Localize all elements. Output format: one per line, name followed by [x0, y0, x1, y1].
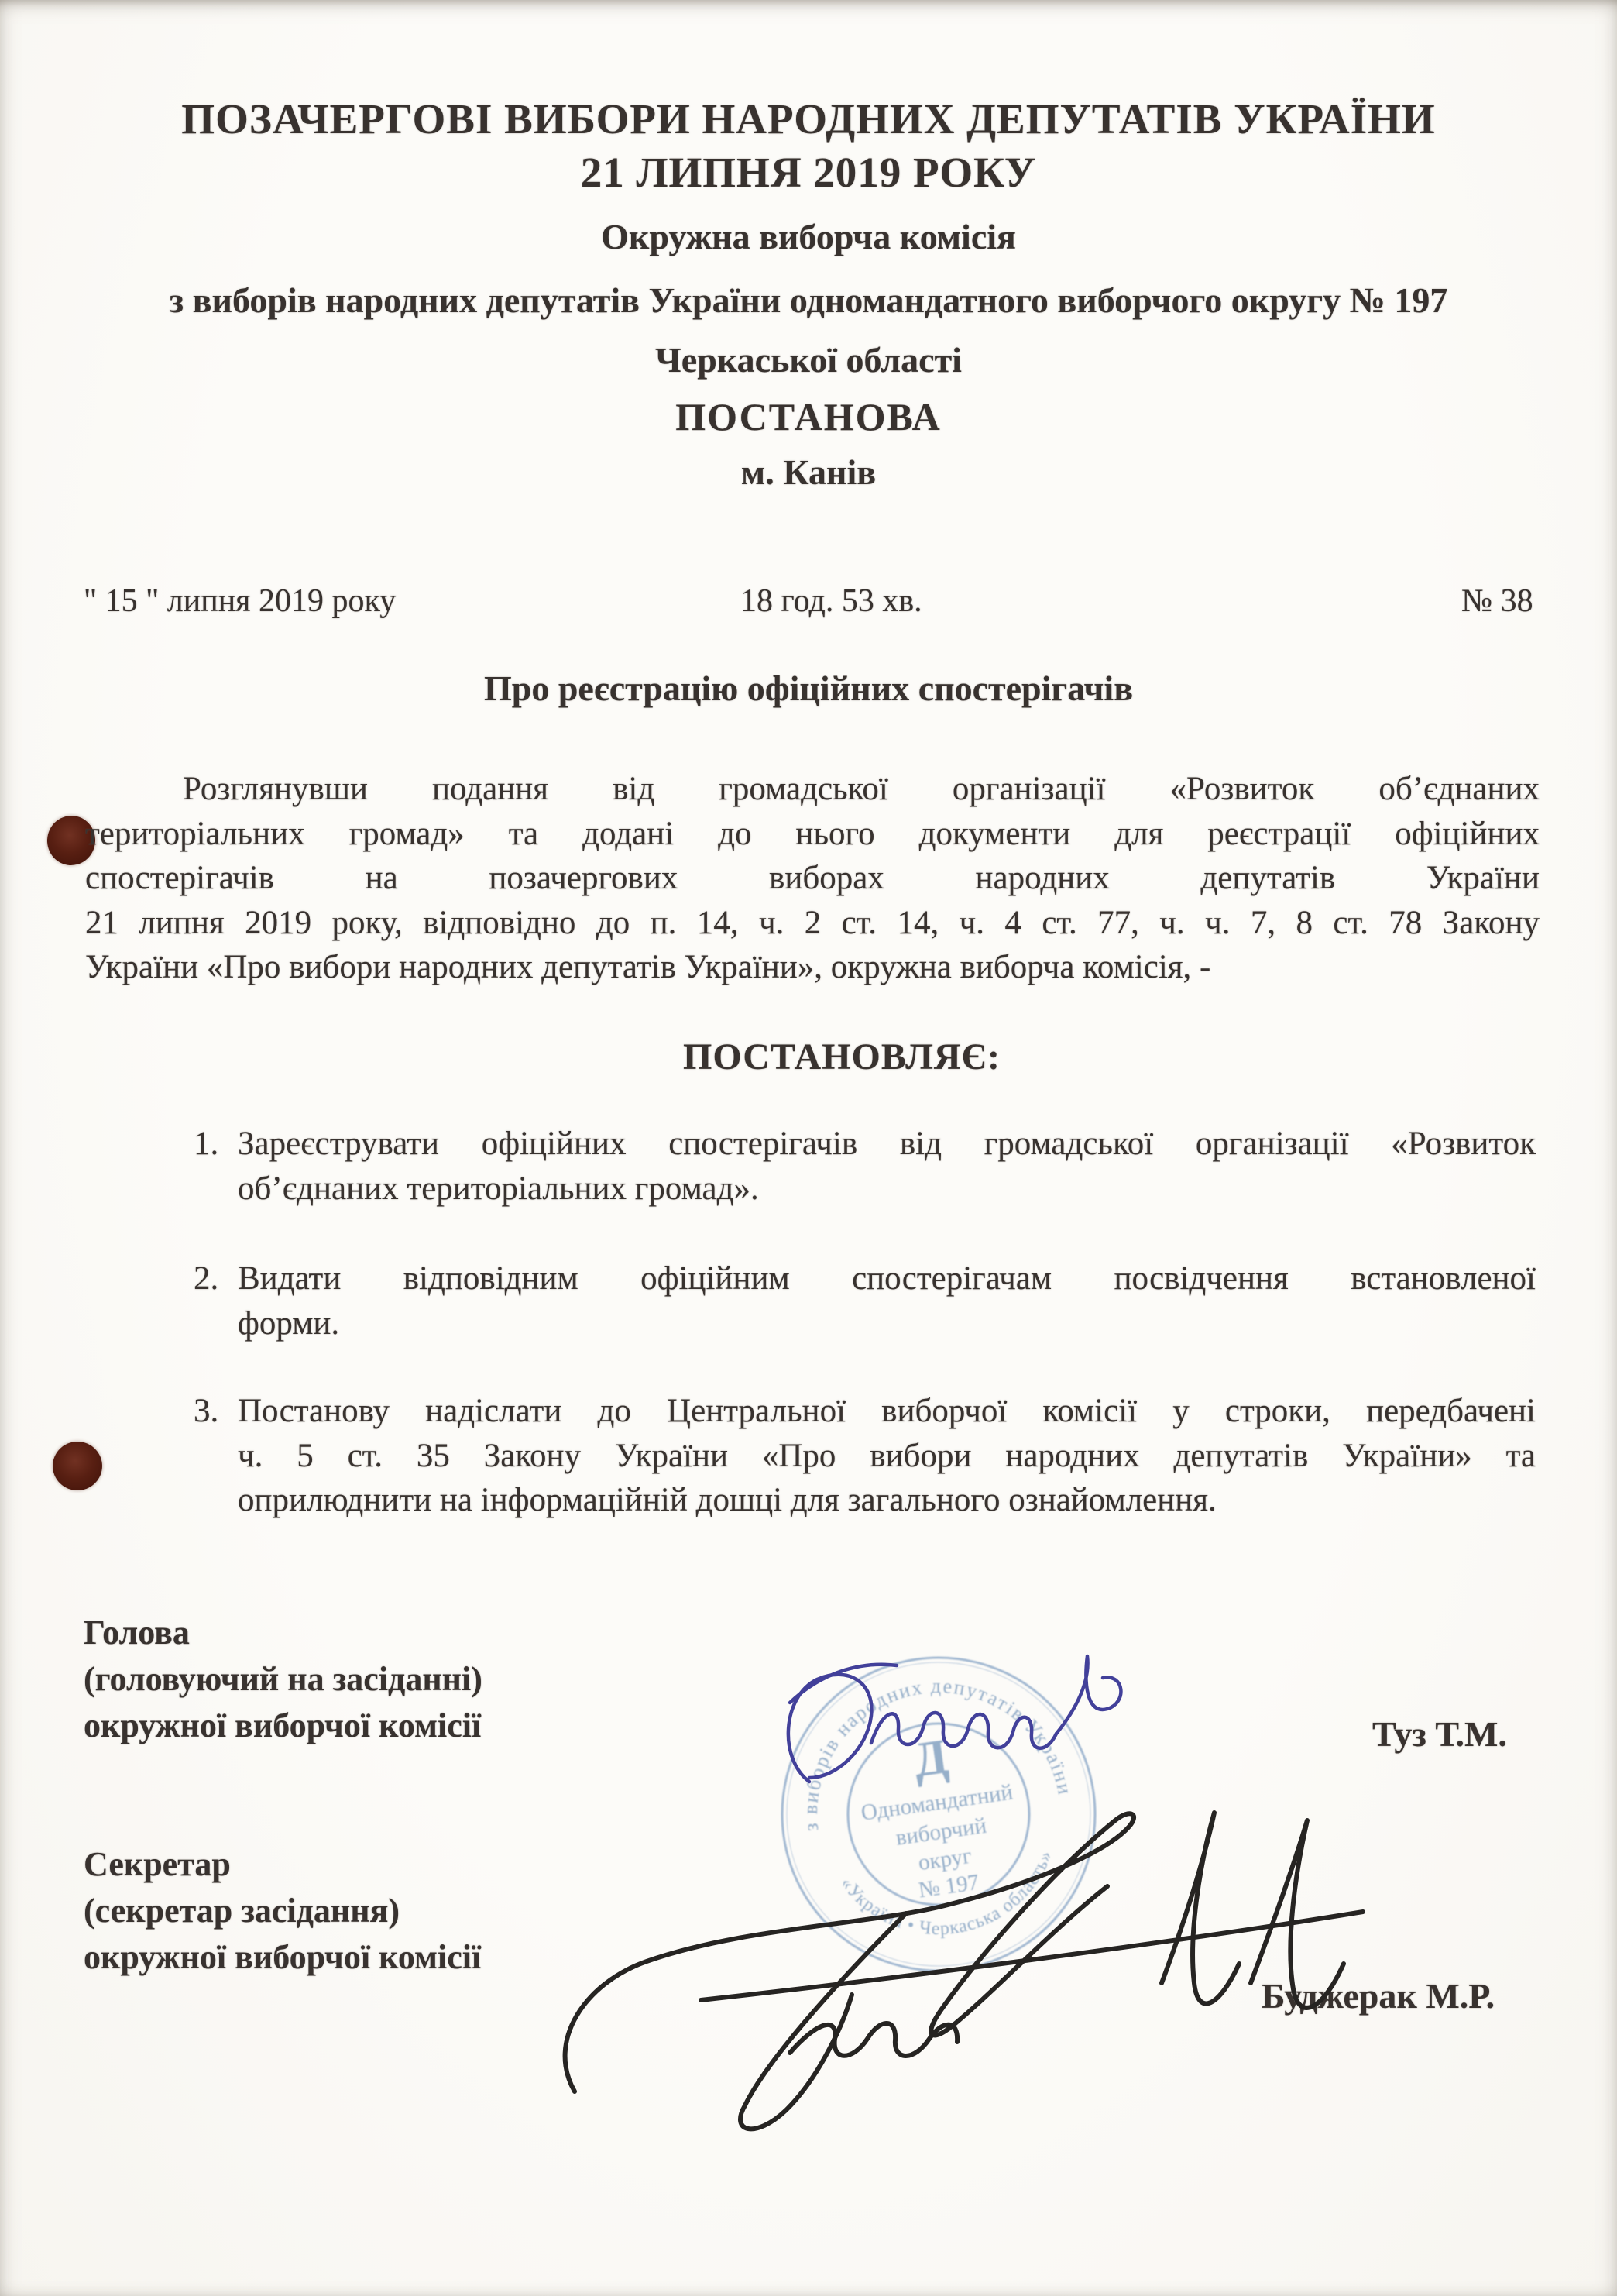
list-item-line: ч. 5 ст. 35 Закону України «Про вибори н…	[238, 1434, 1536, 1479]
secretary-signature-icon	[542, 1797, 1394, 2138]
doc-type-heading: ПОСТАНОВА	[0, 394, 1617, 439]
place-line: м. Канів	[0, 452, 1617, 493]
head-role-line: окружної виборчої комісії	[84, 1703, 482, 1749]
secretary-role-line: окружної виборчої комісії	[84, 1934, 481, 1981]
list-item-line: форми.	[238, 1301, 1536, 1346]
preamble-line: 21 липня 2019 року, відповідно до п. 14,…	[85, 901, 1540, 946]
head-name: Туз Т.М.	[1372, 1713, 1507, 1755]
list-item-line: Постанову надіслати до Центральної вибор…	[238, 1389, 1536, 1434]
secretary-role-line: (секретар засідання)	[84, 1888, 481, 1934]
document-page: ПОЗАЧЕРГОВІ ВИБОРИ НАРОДНИХ ДЕПУТАТІВ УК…	[0, 0, 1617, 2296]
doc-number: № 38	[1461, 583, 1533, 620]
head-role-line: Голова	[84, 1610, 482, 1656]
list-item-line: оприлюднити на інформаційній дошці для з…	[238, 1478, 1536, 1523]
list-item-number: 2.	[194, 1256, 218, 1301]
secretary-role-line: Секретар	[84, 1841, 481, 1888]
list-item-1: 1. Зареєструвати офіційних спостерігачів…	[238, 1122, 1536, 1211]
scan-edge-shadow	[0, 0, 1617, 7]
commission-line-2: з виборів народних депутатів України одн…	[0, 280, 1617, 321]
commission-line-3: Черкаської області	[0, 339, 1617, 380]
list-item-3: 3. Постанову надіслати до Центральної ви…	[238, 1389, 1536, 1523]
preamble-paragraph: Розглянувши подання від громадської орга…	[85, 767, 1540, 990]
resolves-heading: ПОСТАНОВЛЯЄ:	[683, 1036, 1001, 1078]
list-item-line: об’єднаних територіальних громад».	[238, 1167, 1536, 1212]
page-title-line-2: 21 ЛИПНЯ 2019 РОКУ	[0, 148, 1617, 197]
preamble-line: спостерігачів на позачергових виборах на…	[85, 856, 1540, 901]
subject-heading: Про реєстрацію офіційних спостерігачів	[0, 668, 1617, 709]
list-item-line: Зареєструвати офіційних спостерігачів ві…	[238, 1122, 1536, 1167]
doc-date: " 15 " липня 2019 року	[84, 583, 396, 620]
hole-punch-bottom	[53, 1442, 102, 1490]
list-item-number: 1.	[194, 1122, 218, 1167]
commission-line-1: Окружна виборча комісія	[0, 216, 1617, 257]
doc-time: 18 год. 53 хв.	[740, 583, 922, 620]
head-role-block: Голова (головуючий на засіданні) окружно…	[84, 1610, 482, 1749]
preamble-line: територіальних громад» та додані до ньог…	[85, 812, 1540, 857]
page-title-line-1: ПОЗАЧЕРГОВІ ВИБОРИ НАРОДНИХ ДЕПУТАТІВ УК…	[0, 95, 1617, 143]
preamble-line: України «Про вибори народних депутатів У…	[85, 945, 1540, 990]
preamble-line: Розглянувши подання від громадської орга…	[85, 767, 1540, 812]
head-role-line: (головуючий на засіданні)	[84, 1656, 482, 1703]
list-item-line: Видати відповідним офіційним спостерігач…	[238, 1256, 1536, 1301]
secretary-role-block: Секретар (секретар засідання) окружної в…	[84, 1841, 481, 1981]
head-signature-icon	[767, 1634, 1138, 1820]
list-item-number: 3.	[194, 1389, 218, 1434]
list-item-2: 2. Видати відповідним офіційним спостері…	[238, 1256, 1536, 1346]
